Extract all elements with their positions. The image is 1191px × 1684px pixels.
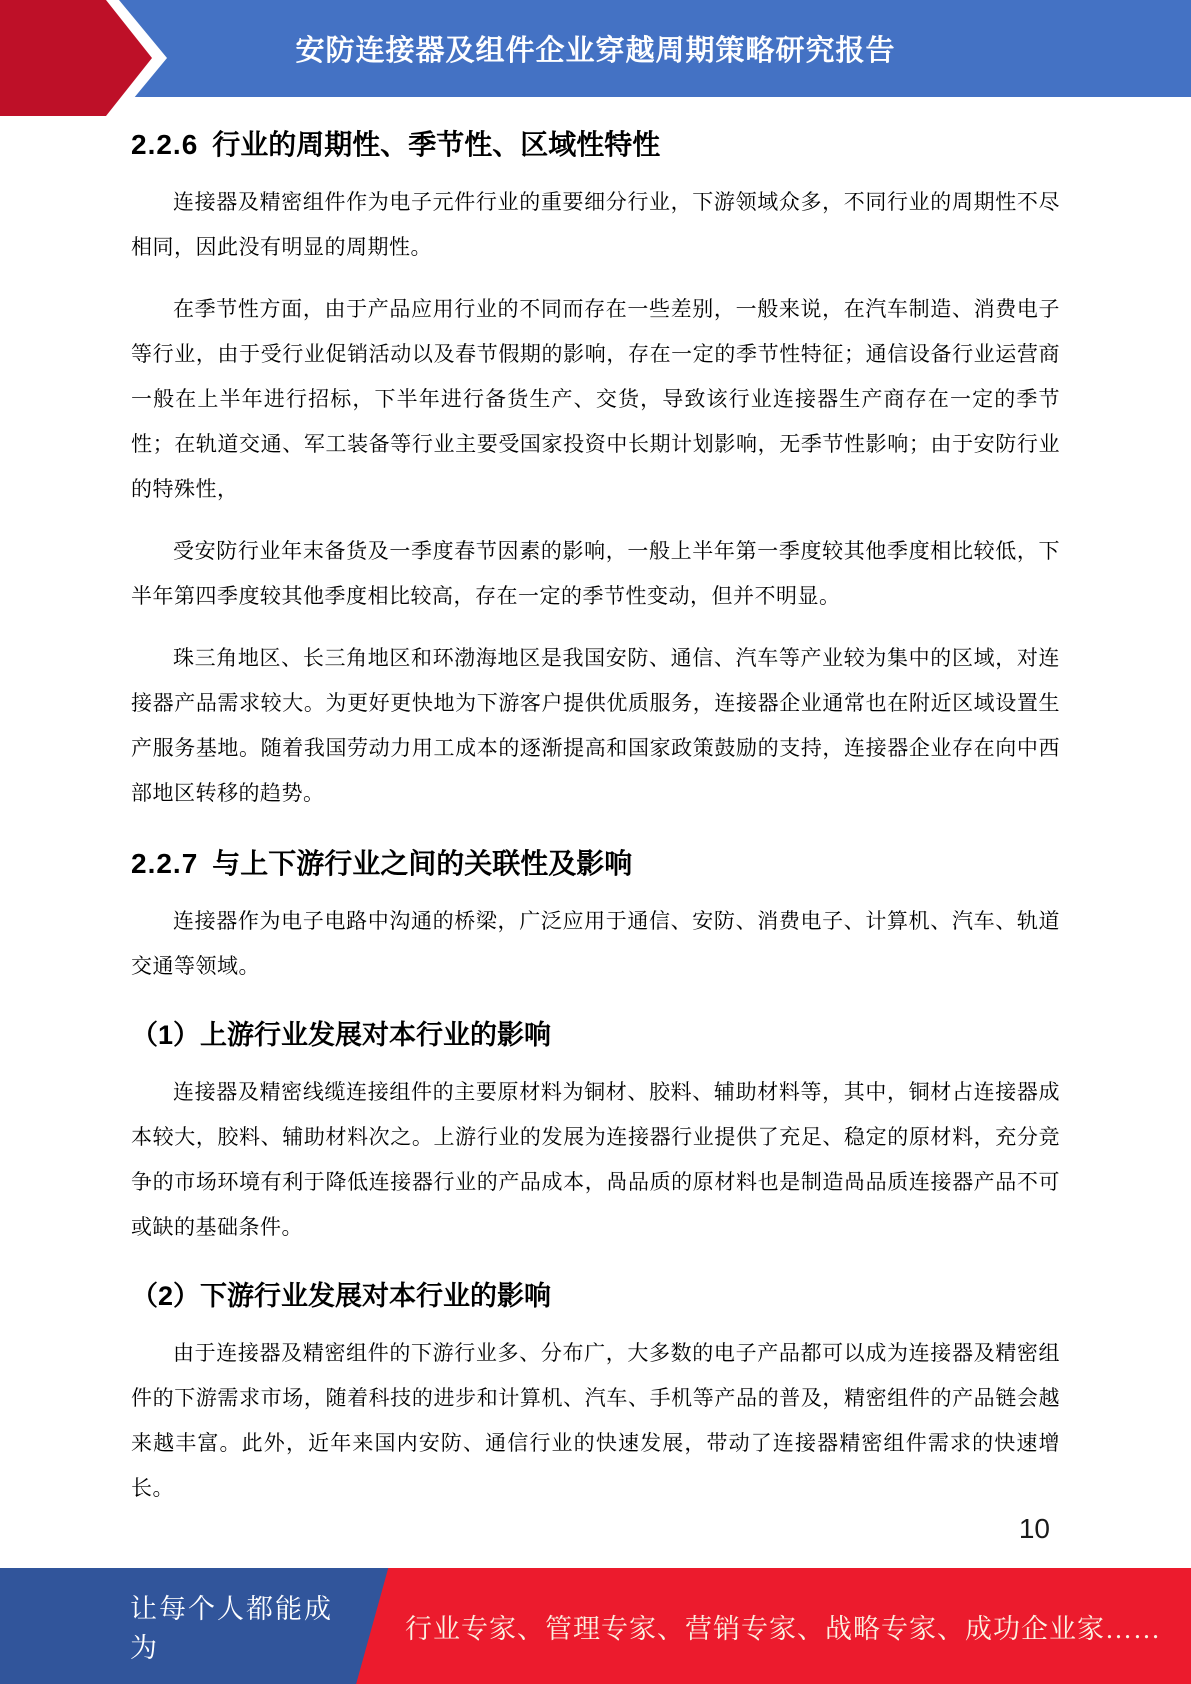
paragraph: 连接器及精密组件作为电子元件行业的重要细分行业，下游领域众多，不同行业的周期性不…: [131, 180, 1060, 270]
subsection-heading-2: （2）下游行业发展对本行业的影响: [131, 1278, 1060, 1314]
section-number: 2.2.6: [131, 129, 198, 160]
paragraph: 珠三角地区、长三角地区和环渤海地区是我国安防、通信、汽车等产业较为集中的区域，对…: [131, 636, 1060, 816]
footer-slogan-left: 让每个人都能成为: [130, 1568, 340, 1684]
section-number: 2.2.7: [131, 848, 198, 879]
subsection-title: 下游行业发展对本行业的影响: [200, 1281, 551, 1311]
paragraph: 受安防行业年末备货及一季度春节因素的影响，一般上半年第一季度较其他季度相比较低，…: [131, 529, 1060, 619]
subsection-title: 上游行业发展对本行业的影响: [200, 1020, 551, 1050]
section-title: 行业的周期性、季节性、区域性特性: [212, 129, 660, 160]
subsection-label: （1）: [131, 1020, 200, 1050]
paragraph: 在季节性方面，由于产品应用行业的不同而存在一些差别，一般来说，在汽车制造、消费电…: [131, 287, 1060, 512]
subsection-label: （2）: [131, 1281, 200, 1311]
section-heading-2-2-6: 2.2.6行业的周期性、季节性、区域性特性: [131, 127, 1060, 163]
footer-bar: 让每个人都能成为 行业专家、管理专家、营销专家、战略专家、成功企业家……: [0, 1568, 1191, 1684]
paragraph: 连接器作为电子电路中沟通的桥梁，广泛应用于通信、安防、消费电子、计算机、汽车、轨…: [131, 899, 1060, 989]
paragraph: 连接器及精密线缆连接组件的主要原材料为铜材、胶料、辅助材料等，其中，铜材占连接器…: [131, 1070, 1060, 1250]
report-page: { "header": { "title": "安防连接器及组件企业穿越周期策略…: [0, 0, 1191, 1684]
subsection-heading-1: （1）上游行业发展对本行业的影响: [131, 1017, 1060, 1053]
section-title: 与上下游行业之间的关联性及影响: [212, 848, 632, 879]
report-title: 安防连接器及组件企业穿越周期策略研究报告: [0, 0, 1191, 97]
footer-slogan-right: 行业专家、管理专家、营销专家、战略专家、成功企业家……: [405, 1568, 1171, 1684]
page-content: 2.2.6行业的周期性、季节性、区域性特性 连接器及精密组件作为电子元件行业的重…: [131, 97, 1060, 1511]
section-heading-2-2-7: 2.2.7与上下游行业之间的关联性及影响: [131, 846, 1060, 882]
page-number: 10: [1019, 1513, 1050, 1545]
paragraph: 由于连接器及精密组件的下游行业多、分布广，大多数的电子产品都可以成为连接器及精密…: [131, 1331, 1060, 1511]
